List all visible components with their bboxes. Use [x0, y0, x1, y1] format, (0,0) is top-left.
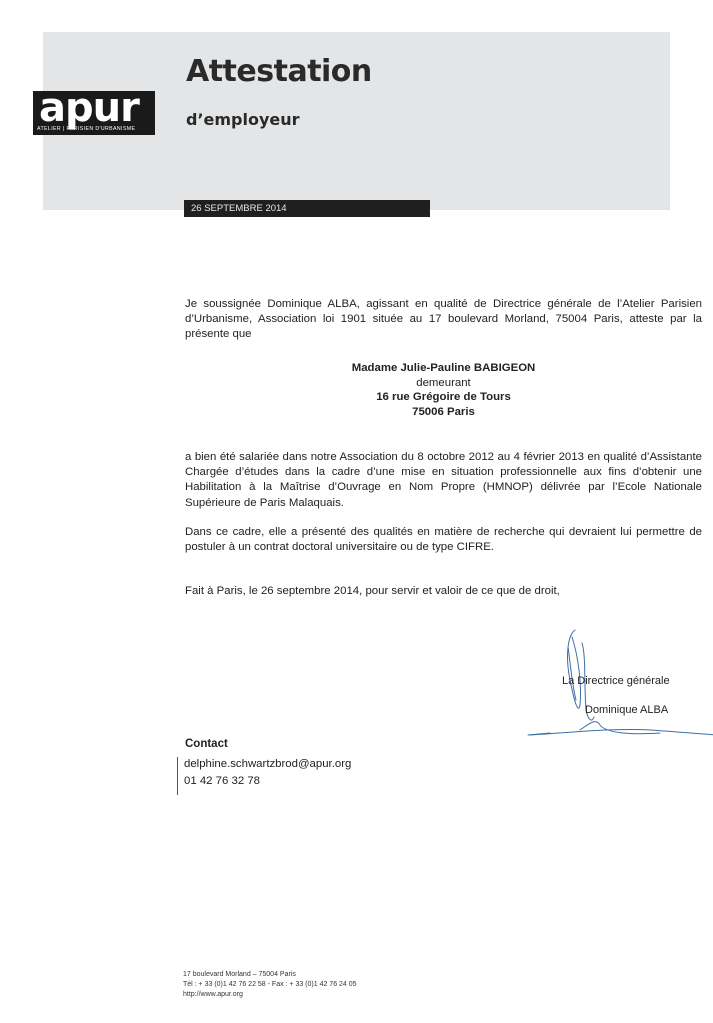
employee-address: 16 rue Grégoire de Tours: [185, 390, 702, 405]
employee-city: 75006 Paris: [185, 405, 702, 420]
date-bar: 26 SEPTEMBRE 2014: [184, 200, 430, 217]
footer-phones: Tél : + 33 (0)1 42 76 22 58 - Fax : + 33…: [183, 980, 357, 990]
logo-word: apur: [39, 85, 139, 131]
qualities-paragraph: Dans ce cadre, elle a présenté des quali…: [185, 525, 702, 555]
employment-paragraph: a bien été salariée dans notre Associati…: [185, 450, 702, 511]
intro-paragraph: Je soussignée Dominique ALBA, agissant e…: [185, 297, 702, 343]
logo-subtitle: ATELIER | PARISIEN D'URBANISME: [37, 126, 135, 132]
footer-address: 17 boulevard Morland – 75004 Paris: [183, 970, 357, 980]
document-subtitle: d’employeur: [186, 110, 300, 129]
employee-block: Madame Julie-Pauline BABIGEON demeurant …: [185, 361, 702, 419]
contact-phone: 01 42 76 32 78: [184, 775, 260, 787]
apur-logo: apur ATELIER | PARISIEN D'URBANISME: [33, 91, 155, 135]
contact-email[interactable]: delphine.schwartzbrod@apur.org: [184, 758, 351, 770]
contact-heading: Contact: [185, 738, 228, 750]
document-title: Attestation: [186, 54, 372, 89]
signatory-name: Dominique ALBA: [585, 704, 668, 716]
footer-website[interactable]: http://www.apur.org: [183, 990, 357, 1000]
closing-paragraph: Fait à Paris, le 26 septembre 2014, pour…: [185, 584, 702, 599]
footer: 17 boulevard Morland – 75004 Paris Tél :…: [183, 970, 357, 1000]
employee-name: Madame Julie-Pauline BABIGEON: [185, 361, 702, 376]
contact-divider: [177, 757, 178, 795]
signatory-title: La Directrice générale: [562, 675, 670, 687]
residing-label: demeurant: [185, 376, 702, 391]
